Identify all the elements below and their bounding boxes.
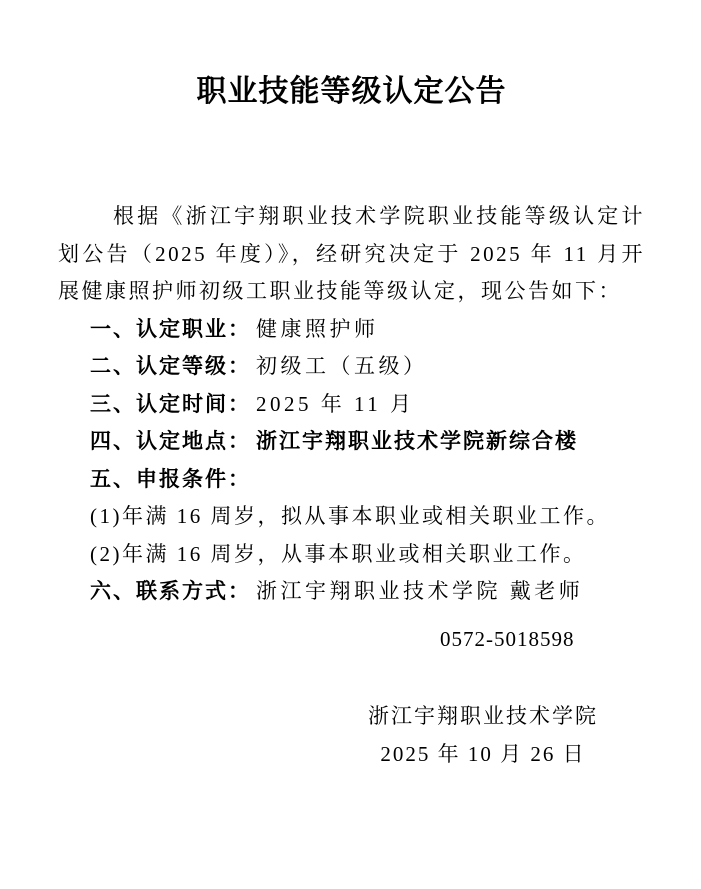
contact-phone: 0572-5018598 — [58, 621, 645, 659]
signature-date: 2025 年 10 月 26 日 — [347, 735, 619, 773]
condition-line-1: (1)年满 16 周岁，拟从事本职业或相关职业工作。 — [58, 498, 645, 536]
item-requirements: 五、申报条件： — [58, 461, 645, 499]
item-time: 三、认定时间：2025 年 11 月 — [58, 386, 645, 424]
item-requirements-label: 五、申报条件： — [90, 468, 251, 491]
intro-paragraph: 根据《浙江宇翔职业技术学院职业技能等级认定计划公告（2025 年度）》，经研究决… — [58, 198, 645, 311]
item-contact-value: 浙江宇翔职业技术学院 戴老师 — [256, 579, 583, 603]
item-location: 四、认定地点：浙江宇翔职业技术学院新综合楼 — [58, 423, 645, 461]
announcement-page: 职业技能等级认定公告 根据《浙江宇翔职业技术学院职业技能等级认定计划公告（202… — [0, 0, 701, 889]
item-level-label: 二、认定等级： — [90, 355, 251, 378]
item-occupation: 一、认定职业：健康照护师 — [58, 311, 645, 349]
item-location-value: 浙江宇翔职业技术学院新综合楼 — [256, 430, 578, 453]
item-contact-label: 六、联系方式： — [90, 580, 251, 603]
item-time-label: 三、认定时间： — [90, 393, 251, 416]
signature-block: 浙江宇翔职业技术学院 2025 年 10 月 26 日 — [347, 697, 619, 773]
item-time-value: 2025 年 11 月 — [256, 392, 414, 416]
signature-organization: 浙江宇翔职业技术学院 — [347, 697, 619, 735]
item-occupation-value: 健康照护师 — [256, 317, 379, 341]
item-location-label: 四、认定地点： — [90, 430, 251, 453]
document-title: 职业技能等级认定公告 — [58, 72, 645, 112]
item-level-value: 初级工（五级） — [256, 354, 428, 378]
item-level: 二、认定等级：初级工（五级） — [58, 348, 645, 386]
item-occupation-label: 一、认定职业： — [90, 318, 251, 341]
item-contact: 六、联系方式：浙江宇翔职业技术学院 戴老师 — [58, 573, 645, 611]
items-list: 一、认定职业：健康照护师 二、认定等级：初级工（五级） 三、认定时间：2025 … — [58, 311, 645, 611]
condition-line-2: (2)年满 16 周岁，从事本职业或相关职业工作。 — [58, 536, 645, 574]
